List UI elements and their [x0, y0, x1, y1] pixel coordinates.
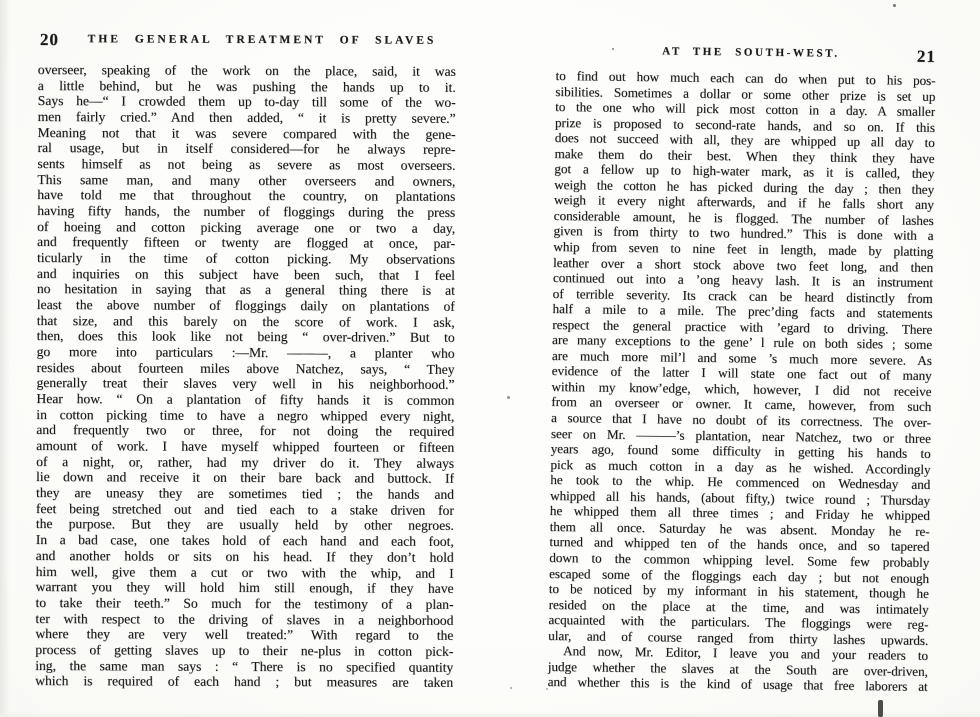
text-line: they are uneasy they are sometimes tied …: [36, 485, 454, 502]
text-line: no hesitation in saying that as a genera…: [37, 281, 455, 298]
text-line: In a bad case, one takes hold of each ha…: [36, 532, 454, 549]
right-running-head: AT THE SOUTH-WEST. 21: [556, 42, 936, 65]
text-line: and frequently fifteen or twenty are flo…: [37, 234, 455, 251]
text-line: ticularly in the time of cotton picking.…: [37, 250, 455, 267]
book-scan: 20 THE GENERAL TREATMENT OF SLAVES overs…: [0, 0, 980, 717]
scan-speck: [507, 396, 510, 399]
text-line: least the above number of floggings dail…: [37, 297, 455, 314]
text-line: sents himself as not being as severe as …: [37, 156, 455, 173]
text-line: have told me that throughout the country…: [37, 187, 455, 204]
left-running-head: 20 THE GENERAL TREATMENT OF SLAVES: [38, 30, 456, 50]
text-line: that size, and this barely on the score …: [37, 313, 455, 330]
text-line: feet being stretched out and tied each t…: [36, 501, 454, 518]
left-page-text: overseer, speaking of the work on the pl…: [35, 62, 456, 691]
scan-speck: [510, 687, 512, 689]
text-line: the purpose. But they are usually held b…: [36, 516, 454, 533]
scan-edge-shadow-bottom: [0, 712, 980, 717]
scan-speck: [546, 688, 548, 690]
scan-smudge: [878, 700, 883, 717]
text-line: in cotton picking time to have a negro w…: [36, 407, 454, 424]
text-line: warrant you they will hold him still eno…: [36, 579, 454, 596]
page-number-left: 20: [40, 30, 59, 50]
text-line: ter with respect to the driving of slave…: [35, 611, 453, 628]
text-line: amount of work. I have myself whipped fo…: [36, 438, 454, 455]
text-line: then, does this look like not being “ ov…: [37, 328, 455, 345]
page-number-right: 21: [917, 47, 936, 67]
text-line: to take their teeth.” So much for the te…: [35, 595, 453, 612]
text-line: and frequently two or three, for not doi…: [36, 422, 454, 439]
text-line: process of getting slaves up to their ne…: [35, 642, 453, 659]
text-line: overseer, speaking of the work on the pl…: [38, 62, 456, 79]
scan-speck: [893, 4, 896, 7]
scan-speck: [612, 48, 614, 50]
text-line: and inquiries on this subject have been …: [37, 266, 455, 283]
text-line: Hear how. “ On a plantation of fifty han…: [36, 391, 454, 408]
text-line: lie down and receive it on their bare ba…: [36, 469, 454, 486]
text-line: a little behind, but he was pushing the …: [38, 78, 456, 95]
right-page-text: to find out how much each can do when pu…: [548, 68, 936, 695]
text-line: men fairly cried.” And then added, “ it …: [38, 109, 456, 126]
running-title-right: AT THE SOUTH-WEST.: [566, 44, 936, 61]
text-line: ral usage, but in itself considered—for …: [37, 140, 455, 157]
text-line: Says he—“ I crowded them up to-day till …: [38, 93, 456, 110]
text-line: having fifty hands, the number of floggi…: [37, 203, 455, 220]
text-line: Meaning not that it was severe compared …: [38, 125, 456, 142]
text-line: This same man, and many other overseers …: [37, 172, 455, 189]
text-line: go more into particulars :—Mr. ———, a pl…: [37, 344, 455, 361]
text-line: resides about fourteen miles above Natch…: [36, 360, 454, 377]
text-line: ing, the same man says : “ There is no s…: [35, 658, 453, 675]
running-title-left: THE GENERAL TREATMENT OF SLAVES: [68, 33, 456, 47]
scan-edge-shadow-left: [0, 0, 10, 717]
right-page: AT THE SOUTH-WEST. 21 to find out how mu…: [548, 42, 936, 695]
text-line: him well, give them a cut or two with th…: [36, 563, 454, 580]
text-line: which is required of each hand ; but mea…: [35, 673, 453, 690]
left-page: 20 THE GENERAL TREATMENT OF SLAVES overs…: [35, 30, 456, 691]
text-line: where they are very well treated:” With …: [35, 626, 453, 643]
text-line: and another holds or sits on his head. I…: [36, 548, 454, 565]
text-line: generally treat their slaves very well i…: [36, 375, 454, 392]
text-line: of a night, or, rather, had my driver do…: [36, 454, 454, 471]
text-line: of hoeing and cotton picking average one…: [37, 219, 455, 236]
